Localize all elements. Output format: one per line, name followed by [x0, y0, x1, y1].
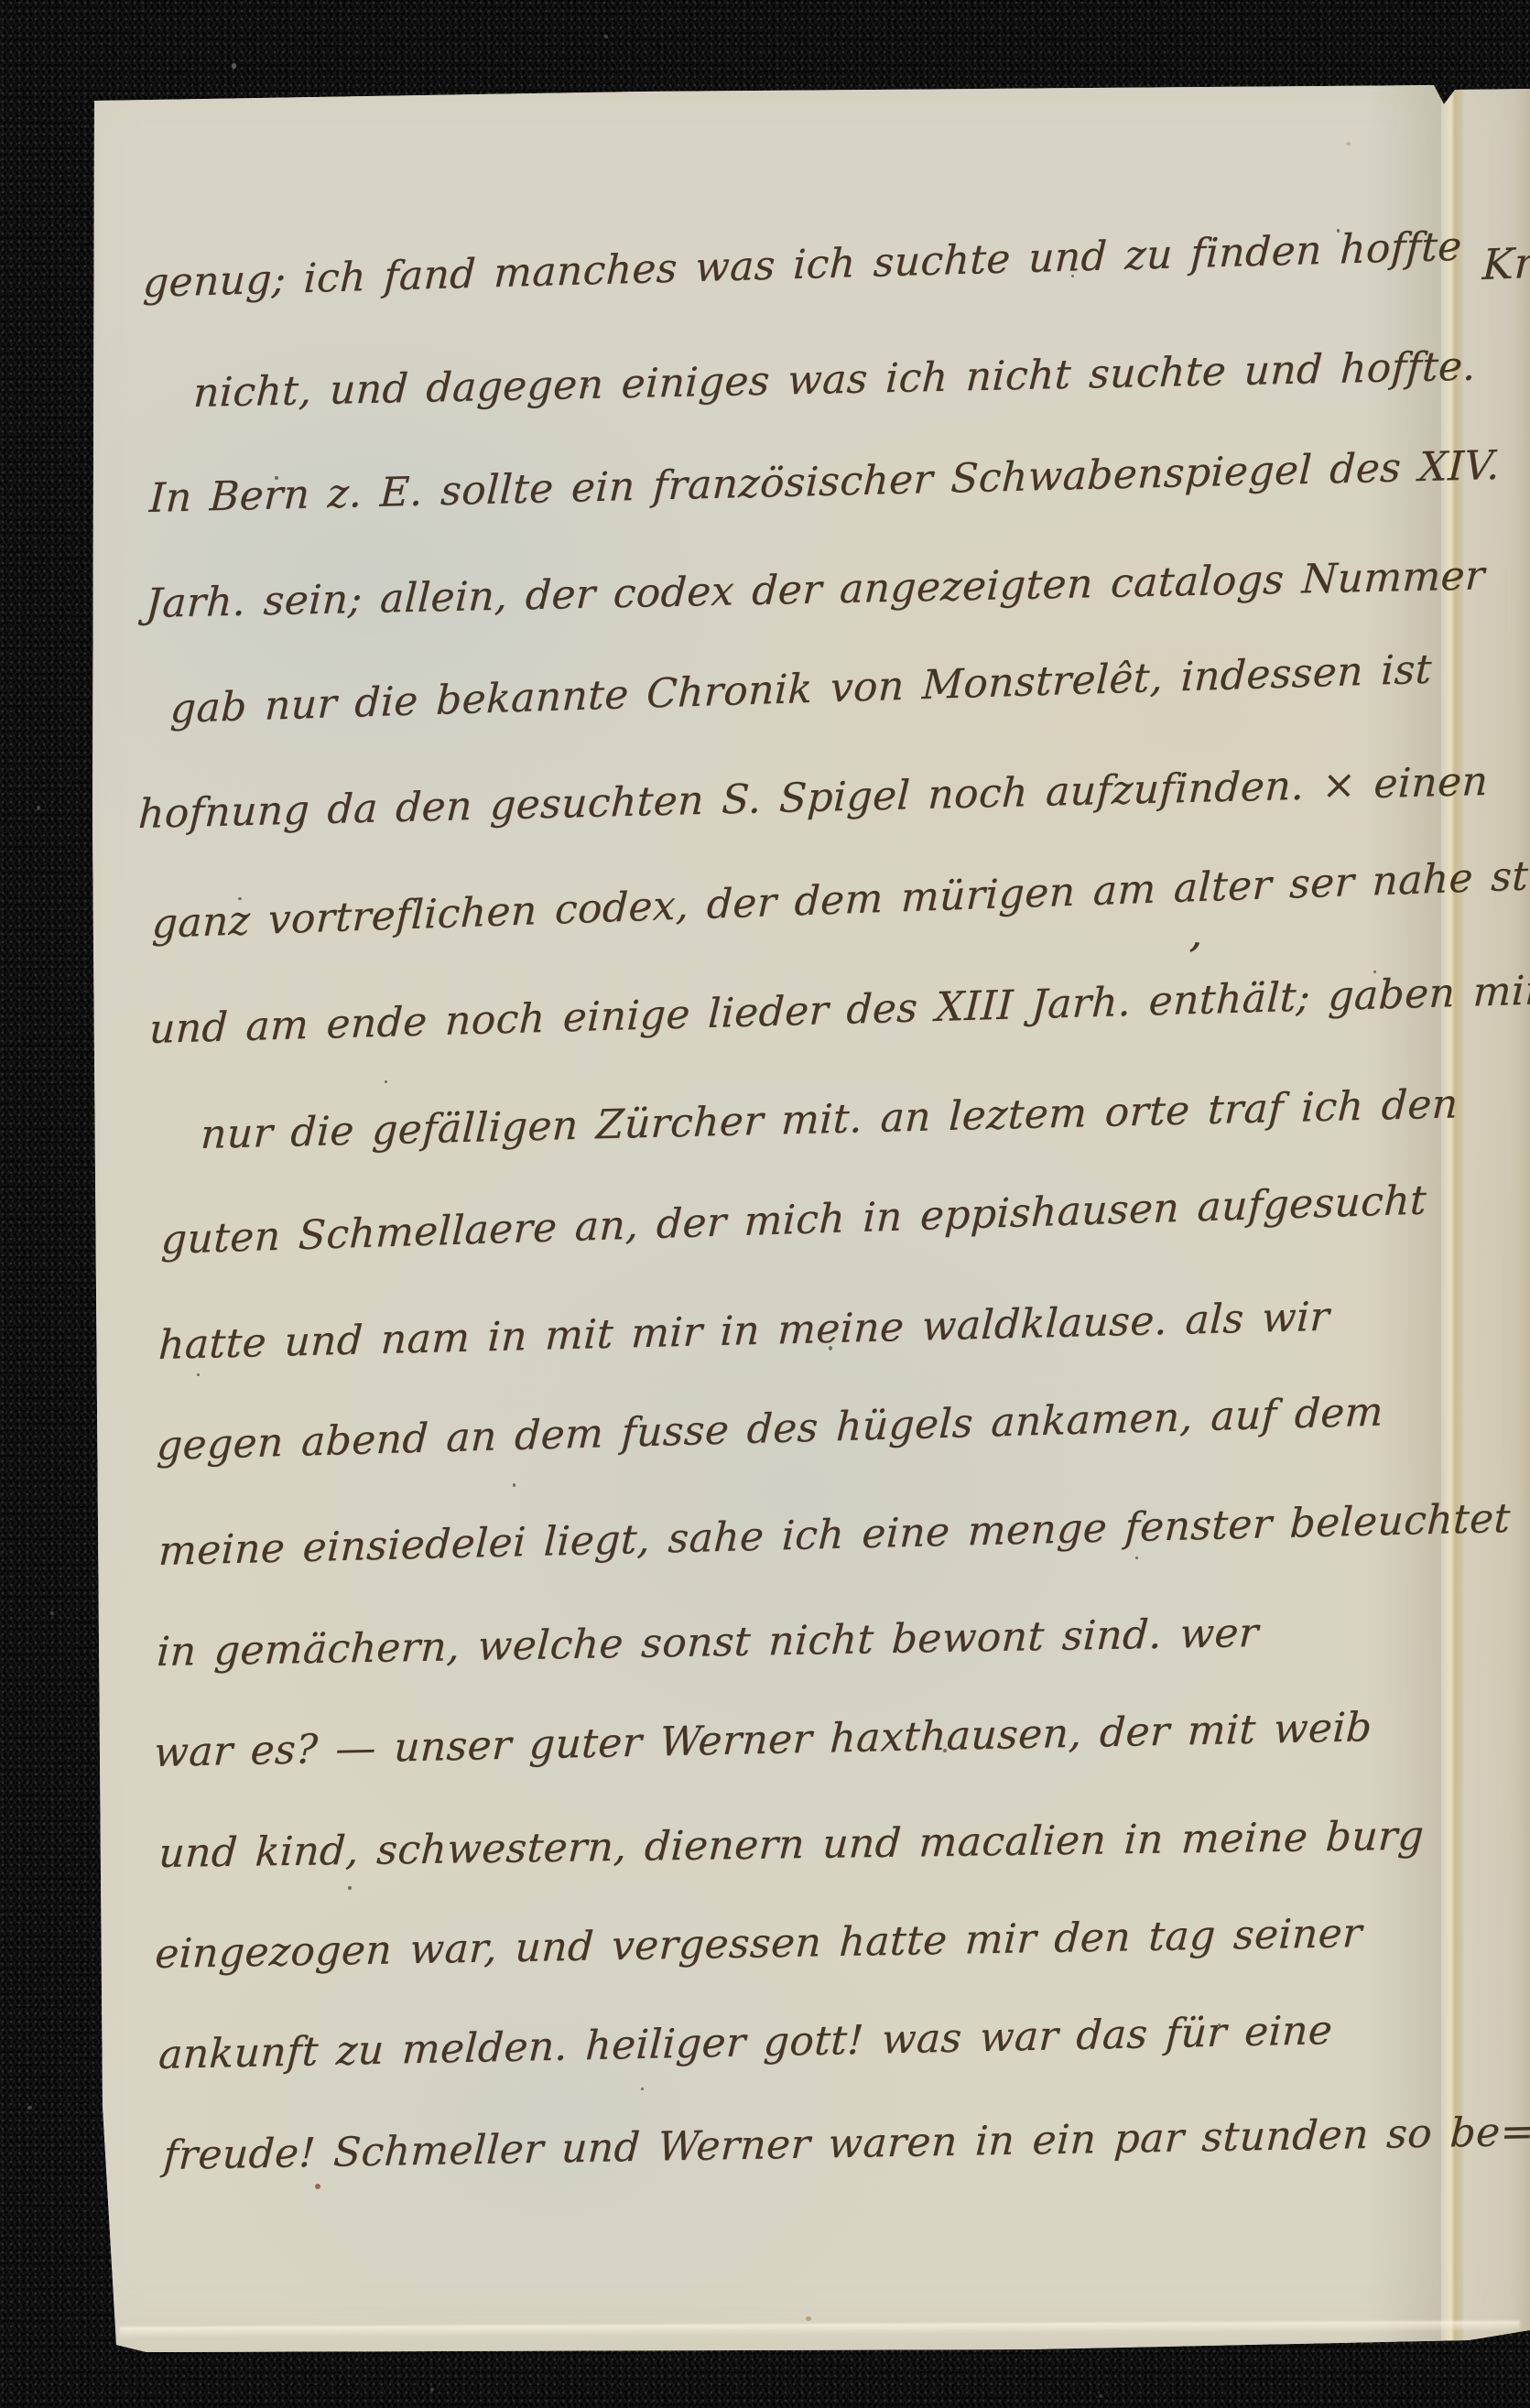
letter-page: genug; ich fand manches was ich suchte u… [0, 0, 1530, 2408]
handwritten-line: freude! Schmeller und Werner waren in ei… [162, 2109, 1530, 2179]
ink-speck [1071, 275, 1074, 277]
handwritten-line: Jarh. sein; allein, der codex der angeze… [145, 552, 1486, 627]
ink-speck [197, 1373, 200, 1376]
handwritten-line: in gemächern, welche sonst nicht bewont … [156, 1610, 1260, 1676]
handwritten-line: eingezogen war, und vergessen hatte mir … [154, 1910, 1363, 1978]
ink-speck [238, 897, 242, 900]
ink-speck [1346, 142, 1351, 146]
ink-speck [1373, 971, 1376, 973]
handwritten-line: war es? — unser guter Werner haxthausen,… [153, 1704, 1373, 1776]
insertion-mark: ’ [1183, 933, 1203, 984]
ink-speck [1218, 2023, 1221, 2026]
fabric-speck [27, 2106, 32, 2110]
handwritten-line: gegen abend an dem fusse des hügels anka… [156, 1388, 1384, 1470]
fabric-speck [37, 806, 40, 810]
handwritten-line: In Bern z. E. sollte ein französischer S… [148, 442, 1501, 522]
handwritten-line: nur die gefälligen Zürcher mit. an lezte… [200, 1080, 1459, 1158]
handwritten-line: nicht, und dagegen einiges was ich nicht… [192, 343, 1477, 417]
fabric-speck [50, 1611, 54, 1615]
fabric-speck [232, 63, 236, 69]
ink-speck [1135, 1557, 1138, 1559]
ink-speck [315, 2184, 320, 2189]
handwritten-line: hatte und nam in mit mir in meine waldkl… [157, 1294, 1330, 1369]
handwritten-line: hofnung da den gesuchten S. Spigel noch … [137, 758, 1489, 838]
handwritten-line: und kind, schwestern, dienern und macali… [157, 1813, 1426, 1877]
handwritten-line: meine einsiedelei liegt, sahe ich eine m… [157, 1495, 1512, 1575]
page-crease [1441, 86, 1463, 2344]
scanned-letter-scene: genug; ich fand manches was ich suchte u… [0, 0, 1530, 2408]
ink-speck [829, 1346, 832, 1350]
bottom-edge-highlight [119, 2321, 1520, 2338]
ink-speck [641, 2088, 644, 2090]
ink-speck [806, 2316, 811, 2321]
fabric-speck [1099, 2394, 1102, 2398]
handwritten-line: und am ende noch einige lieder des XIII … [148, 967, 1530, 1053]
handwritten-line: guten Schmellaere an, der mich in eppish… [160, 1177, 1427, 1264]
ink-speck [275, 476, 278, 480]
ink-speck [1337, 229, 1340, 233]
margin-fragment: Kn [1481, 238, 1530, 289]
handwritten-line: genug; ich fand manches was ich suchte u… [142, 223, 1463, 307]
handwritten-line: ganz vortreflichen codex, der dem mürige… [151, 849, 1530, 948]
ink-speck [586, 385, 589, 387]
ink-speck [513, 1483, 515, 1487]
handwritten-line: gab nur die bekannte Chronik von Monstre… [169, 646, 1433, 732]
ink-speck [943, 1749, 947, 1752]
fabric-speck [430, 2388, 434, 2392]
fabric-speck [604, 35, 608, 38]
ink-speck [348, 1886, 352, 1890]
handwritten-line: ankunft zu melden. heiliger gott! was wa… [157, 2007, 1334, 2078]
ink-speck [385, 1080, 387, 1083]
